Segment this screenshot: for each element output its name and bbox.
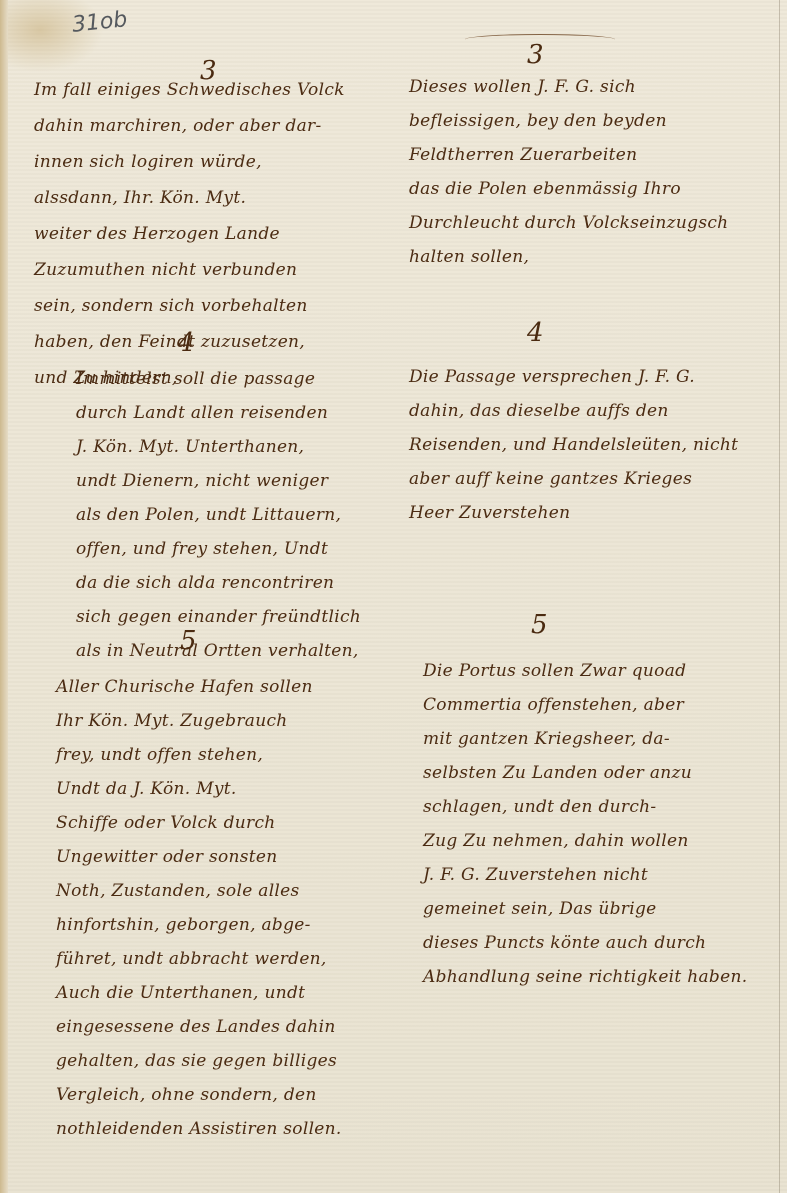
text-line: befleissigen, bey den beyden <box>409 104 728 138</box>
folio-number: 31ob <box>71 7 129 38</box>
text-line: Zug Zu nehmen, dahin wollen <box>423 824 747 858</box>
text-line: als den Polen, undt Littauern, <box>76 498 361 532</box>
text-line: frey, undt offen stehen, <box>56 738 342 772</box>
text-line: führet, undt abbracht werden, <box>56 942 342 976</box>
text-line: Zuzumuthen nicht verbunden <box>34 252 345 288</box>
article-text-right-5: Die Portus sollen Zwar quoad Commertia o… <box>423 654 747 994</box>
text-line: schlagen, undt den durch- <box>423 790 747 824</box>
text-line: da die sich alda rencontriren <box>76 566 361 600</box>
page-fold-line <box>779 0 780 1193</box>
text-line: Ungewitter oder sonsten <box>56 840 342 874</box>
article-text-left-5: Aller Churische Hafen sollen Ihr Kön. My… <box>56 670 342 1146</box>
text-line: sich gegen einander freündtlich <box>76 600 361 634</box>
manuscript-page: 31ob 3 Im fall einiges Schwedisches Volc… <box>0 0 787 1193</box>
text-line: Immittelst soll die passage <box>76 362 361 396</box>
text-line: hinfortshin, geborgen, abge- <box>56 908 342 942</box>
text-line: Feldtherren Zuerarbeiten <box>409 138 728 172</box>
article-number: 3 <box>527 40 544 70</box>
text-line: gemeinet sein, Das übrige <box>423 892 747 926</box>
article-number: 4 <box>178 328 195 358</box>
article-number: 5 <box>531 610 548 640</box>
text-line: halten sollen, <box>409 240 728 274</box>
text-line: offen, und frey stehen, Undt <box>76 532 361 566</box>
text-line: Heer Zuverstehen <box>409 496 738 530</box>
text-line: Abhandlung seine richtigkeit haben. <box>423 960 747 994</box>
text-line: Reisenden, und Handelsleüten, nicht <box>409 428 738 462</box>
text-line: Im fall einiges Schwedisches Volck <box>34 72 345 108</box>
text-line: nothleidenden Assistiren sollen. <box>56 1112 342 1146</box>
text-line: Aller Churische Hafen sollen <box>56 670 342 704</box>
text-line: das die Polen ebenmässig Ihro <box>409 172 728 206</box>
article-number: 5 <box>180 626 197 656</box>
text-line: J. Kön. Myt. Unterthanen, <box>76 430 361 464</box>
text-line: Auch die Unterthanen, undt <box>56 976 342 1010</box>
text-line: eingesessene des Landes dahin <box>56 1010 342 1044</box>
text-line: Undt da J. Kön. Myt. <box>56 772 342 806</box>
text-line: Commertia offenstehen, aber <box>423 688 747 722</box>
page-left-edge <box>0 0 8 1193</box>
text-line: sein, sondern sich vorbehalten <box>34 288 345 324</box>
text-line: durch Landt allen reisenden <box>76 396 361 430</box>
text-line: selbsten Zu Landen oder anzu <box>423 756 747 790</box>
article-text-left-4: Immittelst soll die passage durch Landt … <box>76 362 361 668</box>
text-line: Noth, Zustanden, sole alles <box>56 874 342 908</box>
text-line: als in Neutral Ortten verhalten, <box>76 634 361 668</box>
text-line: Schiffe oder Volck durch <box>56 806 342 840</box>
text-line: dahin marchiren, oder aber dar- <box>34 108 345 144</box>
text-line: Die Passage versprechen J. F. G. <box>409 360 738 394</box>
text-line: J. F. G. Zuverstehen nicht <box>423 858 747 892</box>
text-line: mit gantzen Kriegsheer, da- <box>423 722 747 756</box>
article-text-right-4: Die Passage versprechen J. F. G. dahin, … <box>409 360 738 530</box>
text-line: innen sich logiren würde, <box>34 144 345 180</box>
text-line: Die Portus sollen Zwar quoad <box>423 654 747 688</box>
text-line: Dieses wollen J. F. G. sich <box>409 70 728 104</box>
text-line: alssdann, Ihr. Kön. Myt. <box>34 180 345 216</box>
article-text-right-3: Dieses wollen J. F. G. sich befleissigen… <box>409 70 728 274</box>
text-line: gehalten, das sie gegen billiges <box>56 1044 342 1078</box>
text-line: dieses Puncts könte auch durch <box>423 926 747 960</box>
text-line: undt Dienern, nicht weniger <box>76 464 361 498</box>
text-line: Durchleucht durch Volckseinzugsch <box>409 206 728 240</box>
text-line: dahin, das dieselbe auffs den <box>409 394 738 428</box>
text-line: Ihr Kön. Myt. Zugebrauch <box>56 704 342 738</box>
text-line: weiter des Herzogen Lande <box>34 216 345 252</box>
article-number: 4 <box>527 318 544 348</box>
text-line: Vergleich, ohne sondern, den <box>56 1078 342 1112</box>
text-line: aber auff keine gantzes Krieges <box>409 462 738 496</box>
